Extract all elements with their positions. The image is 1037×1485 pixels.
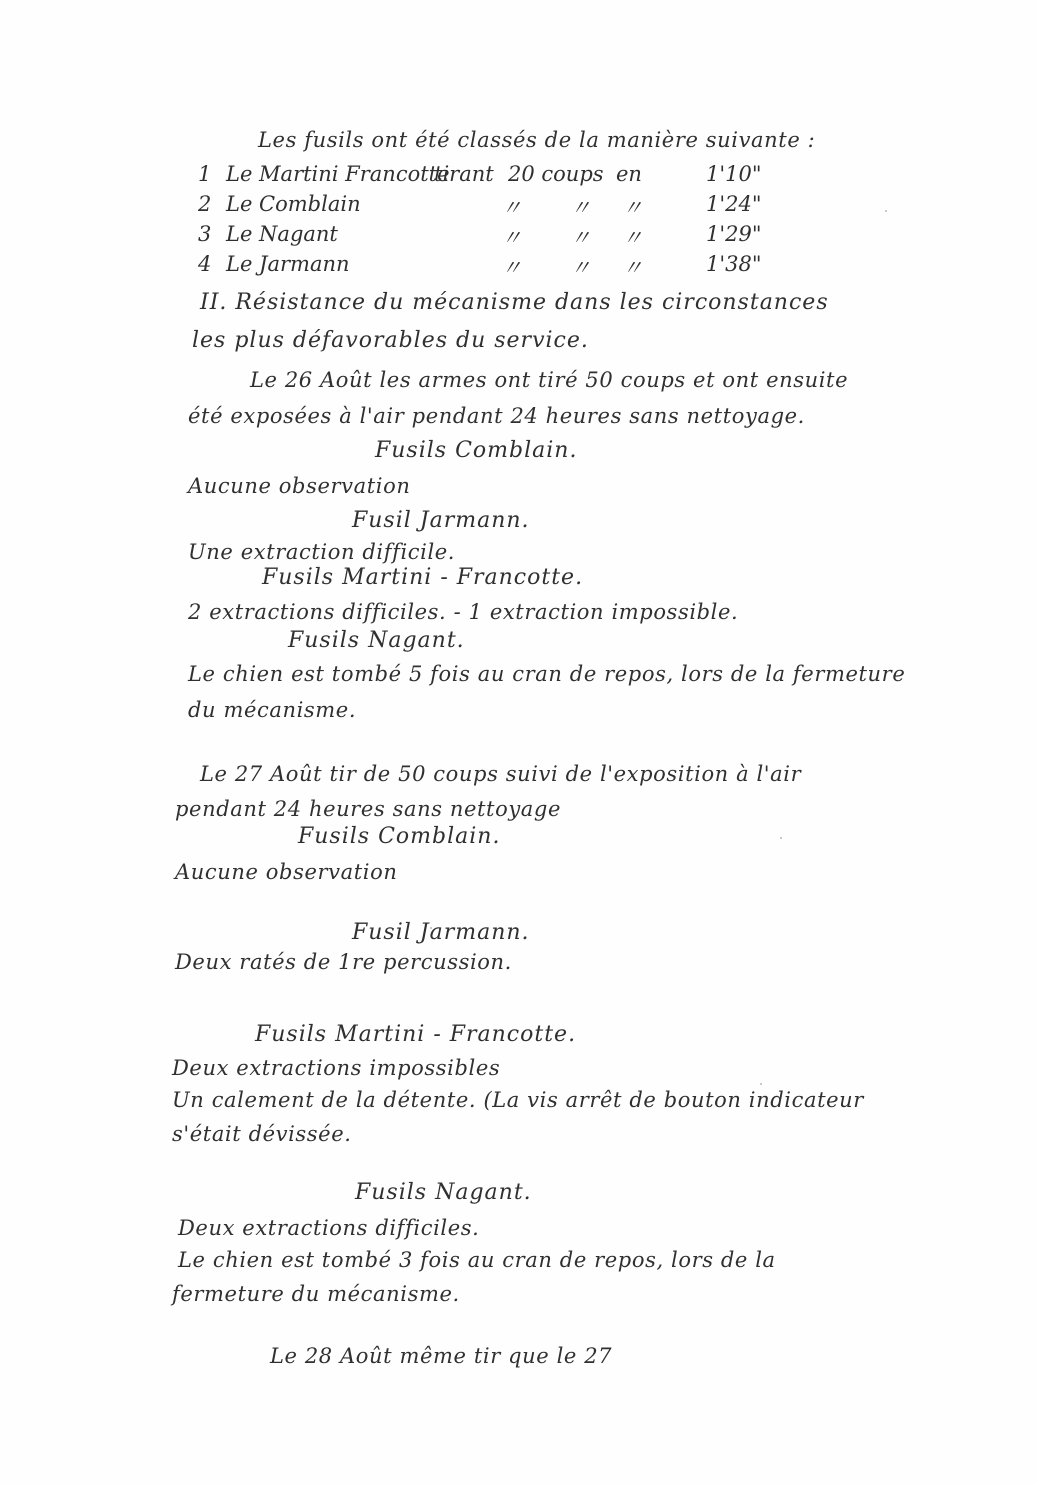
paper-speck: [430, 927, 432, 929]
day26-jarmann-heading: Fusil Jarmann.: [352, 508, 530, 533]
day27-jarmann-heading: Fusil Jarmann.: [352, 920, 530, 945]
rank-number: 4: [198, 252, 211, 276]
day27-martini-observation-line-1: Deux extractions impossibles: [172, 1056, 500, 1080]
day26-nagant-observation-line-2: du mécanisme.: [188, 698, 356, 722]
ditto-mark: 〃: [501, 222, 522, 252]
day27-nagant-observation-line-3: fermeture du mécanisme.: [172, 1282, 460, 1306]
intro-line: Les fusils ont été classés de la manière…: [258, 128, 815, 152]
paper-speck: [760, 1083, 762, 1085]
day26-martini-heading: Fusils Martini - Francotte.: [262, 565, 583, 590]
rank-en: en: [616, 162, 642, 186]
manuscript-page: Les fusils ont été classés de la manière…: [0, 0, 1037, 1485]
day27-intro-line-1: Le 27 Août tir de 50 coups suivi de l'ex…: [200, 762, 801, 786]
day27-martini-observation-line-2: Un calement de la détente. (La vis arrêt…: [172, 1088, 864, 1112]
ditto-mark: 〃: [622, 252, 643, 282]
rifle-name: Le Nagant: [226, 222, 338, 246]
ranking-row: 4 Le Jarmann 〃 〃 〃 1'38": [198, 252, 838, 280]
ditto-mark: 〃: [501, 252, 522, 282]
rank-shots: 20 coups: [508, 162, 604, 186]
rank-time: 1'24": [706, 192, 762, 216]
day27-martini-heading: Fusils Martini - Francotte.: [255, 1022, 576, 1047]
rank-time: 1'29": [706, 222, 762, 246]
rifle-name: Le Comblain: [226, 192, 361, 216]
ditto-mark: 〃: [622, 222, 643, 252]
rank-time: 1'38": [706, 252, 762, 276]
day26-comblain-observation: Aucune observation: [188, 474, 410, 498]
rank-number: 3: [198, 222, 211, 246]
day26-comblain-heading: Fusils Comblain.: [375, 438, 577, 463]
rank-time: 1'10": [706, 162, 762, 186]
day28-line: Le 28 Août même tir que le 27: [270, 1344, 612, 1368]
paper-speck: [885, 210, 887, 212]
ditto-mark: 〃: [501, 192, 522, 222]
day27-comblain-heading: Fusils Comblain.: [298, 824, 500, 849]
day27-nagant-heading: Fusils Nagant.: [355, 1180, 532, 1205]
day27-martini-observation-line-3: s'était dévissée.: [172, 1122, 352, 1146]
rifle-name: Le Jarmann: [226, 252, 350, 276]
rank-number: 2: [198, 192, 211, 216]
day26-martini-observation: 2 extractions difficiles. - 1 extraction…: [188, 600, 738, 624]
rank-number: 1: [198, 162, 211, 186]
ditto-mark: 〃: [570, 192, 591, 222]
ranking-row: 3 Le Nagant 〃 〃 〃 1'29": [198, 222, 838, 250]
day26-nagant-observation-line-1: Le chien est tombé 5 fois au cran de rep…: [188, 662, 905, 686]
day26-nagant-heading: Fusils Nagant.: [288, 628, 465, 653]
day27-comblain-observation: Aucune observation: [175, 860, 397, 884]
day26-jarmann-observation: Une extraction difficile.: [188, 540, 455, 564]
day27-nagant-observation-line-2: Le chien est tombé 3 fois au cran de rep…: [178, 1248, 776, 1272]
ranking-row: 1 Le Martini Francotte tirant 20 coups e…: [198, 162, 838, 190]
rifle-name: Le Martini Francotte: [226, 162, 450, 186]
section-title-line-1: II. Résistance du mécanisme dans les cir…: [200, 290, 829, 315]
day27-jarmann-observation: Deux ratés de 1re percussion.: [175, 950, 512, 974]
paper-speck: [780, 837, 782, 839]
day27-nagant-observation-line-1: Deux extractions difficiles.: [178, 1216, 479, 1240]
ditto-mark: 〃: [570, 222, 591, 252]
day26-intro-line-1: Le 26 Août les armes ont tiré 50 coups e…: [250, 368, 848, 392]
section-title-line-2: les plus défavorables du service.: [192, 328, 589, 353]
day26-intro-line-2: été exposées à l'air pendant 24 heures s…: [188, 404, 805, 428]
day27-intro-line-2: pendant 24 heures sans nettoyage: [175, 797, 561, 821]
ditto-mark: 〃: [570, 252, 591, 282]
rank-verb: tirant: [434, 162, 494, 186]
ranking-row: 2 Le Comblain 〃 〃 〃 1'24": [198, 192, 838, 220]
ditto-mark: 〃: [622, 192, 643, 222]
